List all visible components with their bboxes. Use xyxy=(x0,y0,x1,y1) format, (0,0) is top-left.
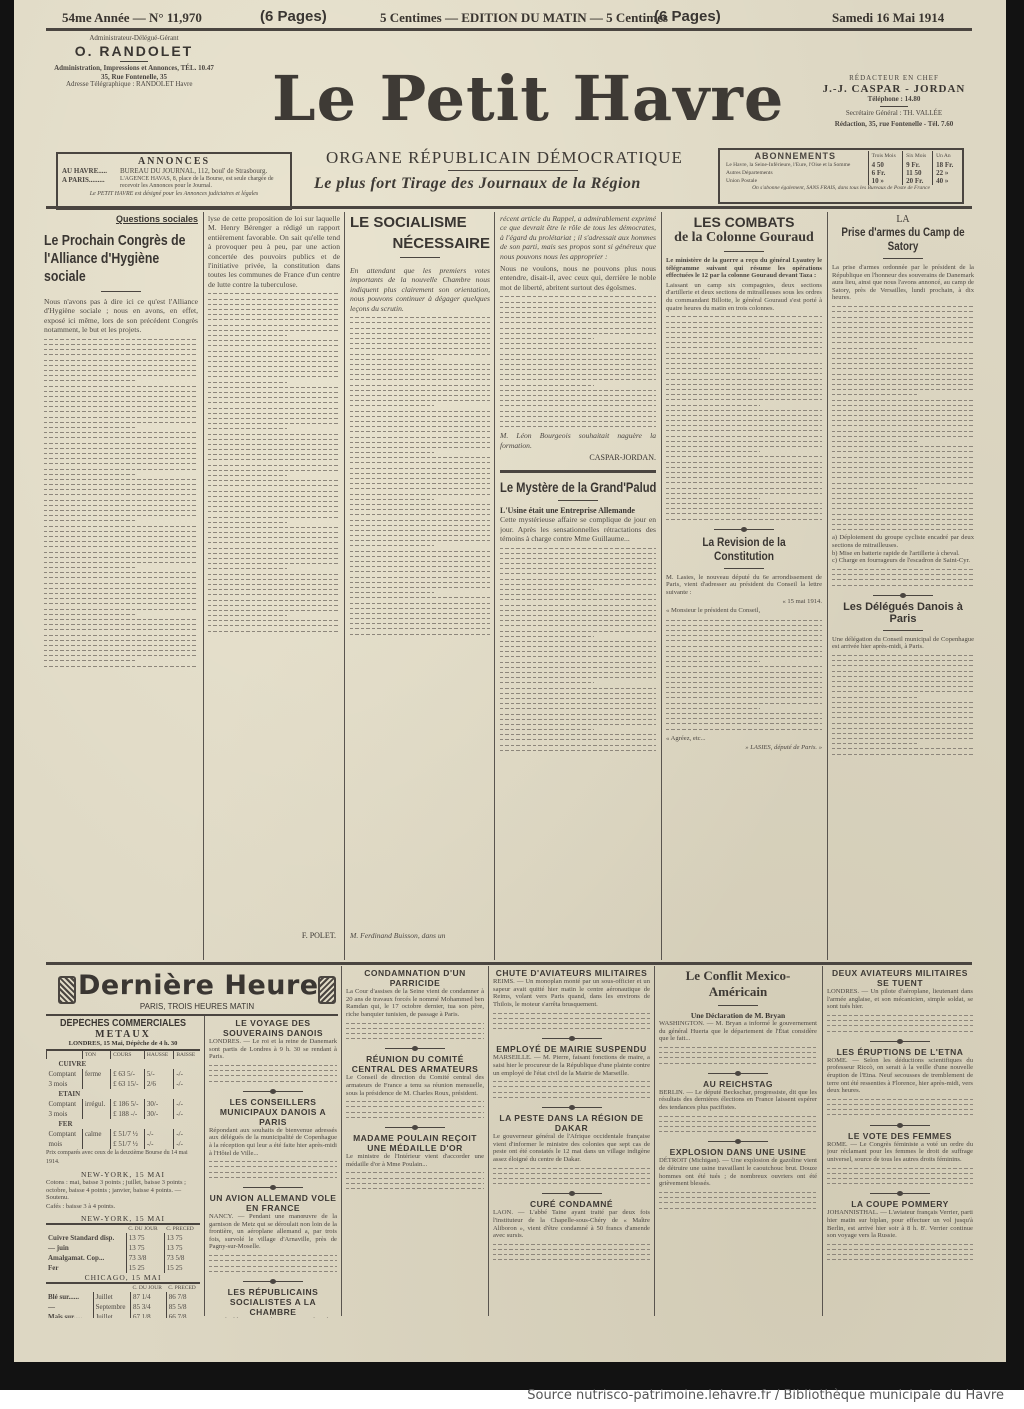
text-line xyxy=(832,420,974,421)
text-line xyxy=(666,472,822,473)
metal-row: mois£ 51/7 ½-/--/- xyxy=(47,1139,201,1149)
text-line xyxy=(44,505,198,506)
text-line xyxy=(44,401,198,402)
text-line xyxy=(44,339,198,340)
text-line xyxy=(500,390,656,391)
telegraph-address: Adresse Télégraphique : RANDOLET Havre xyxy=(66,80,192,89)
text-line xyxy=(44,448,198,449)
text-line xyxy=(659,1126,817,1127)
text-line xyxy=(832,702,974,703)
newyork-cotons: Cotons : mai, baisse 3 points ; juillet,… xyxy=(46,1179,200,1202)
text-line xyxy=(832,717,974,718)
separator-ornament xyxy=(870,1125,930,1126)
text-line xyxy=(493,1028,650,1029)
metaux-title: METAUX xyxy=(46,1029,200,1040)
text-line xyxy=(44,603,198,604)
text-line xyxy=(208,553,340,554)
article-signature: » LASIES, député de Paris. » xyxy=(666,743,822,752)
news-brief: LE VOTE DES FEMMESROME. — Le Congrès fém… xyxy=(827,1131,973,1189)
text-line xyxy=(500,385,594,386)
text-line xyxy=(209,1166,337,1167)
text-line xyxy=(832,660,974,661)
brief-title: LA PESTE DANS LA RÉGION DE DAKAR xyxy=(493,1113,650,1133)
editor-redaction: Rédaction, 35, rue Fontenelle - Tél. 7.6… xyxy=(814,120,974,129)
editor-name: J.-J. CASPAR - JORDAN xyxy=(814,83,974,95)
text-line xyxy=(208,330,340,331)
text-line xyxy=(346,1101,484,1102)
price-edition: 5 Centimes — EDITION DU MATIN — 5 Centim… xyxy=(380,10,668,26)
text-line xyxy=(832,446,974,447)
text-line xyxy=(44,562,198,563)
text-line xyxy=(827,1249,973,1250)
text-line xyxy=(208,542,340,543)
separator-ornament xyxy=(870,1041,930,1042)
news-brief: CURÉ CONDAMNÉLAON. — L'abbé Taine ayant … xyxy=(493,1199,650,1264)
text-line xyxy=(832,686,974,687)
text-line xyxy=(44,655,198,656)
text-line xyxy=(208,351,340,352)
issue-date: Samedi 16 Mai 1914 xyxy=(832,10,944,26)
news-brief: DEUX AVIATEURS MILITAIRES SE TUENTLONDRE… xyxy=(827,968,973,1036)
text-line xyxy=(832,410,974,411)
text-line xyxy=(832,348,917,349)
text-line xyxy=(666,682,822,683)
text-line xyxy=(832,574,974,575)
article-signature: F. POLET. xyxy=(302,931,336,940)
annonces-title: ANNONCES xyxy=(62,156,286,167)
text-line xyxy=(44,546,198,547)
depeches-commerciales: DÉPÊCHES COMMERCIALES METAUX LONDRES, 15… xyxy=(46,1018,200,1318)
text-line xyxy=(832,332,974,333)
text-line xyxy=(350,379,490,380)
text-line xyxy=(500,343,656,344)
text-line xyxy=(666,703,822,704)
news-brief: LES RÉPUBLICAINS SOCIALISTES A LA CHAMBR… xyxy=(209,1287,337,1318)
article-closing: « Agréez, etc... xyxy=(666,734,822,743)
text-line xyxy=(500,369,656,370)
text-line xyxy=(44,593,198,594)
text-line xyxy=(44,598,198,599)
text-line xyxy=(500,682,594,683)
text-line xyxy=(832,379,974,380)
text-line xyxy=(832,691,974,692)
text-line xyxy=(666,415,822,416)
masthead-subtitle: ORGANE RÉPUBLICAIN DÉMOCRATIQUE xyxy=(326,148,683,168)
article-body: lyse de cette proposition de loi sur laq… xyxy=(208,214,340,289)
article-list-item: c) Charge en fourrageurs de l'escadron d… xyxy=(832,557,974,565)
text-line xyxy=(44,572,198,573)
text-line xyxy=(209,1172,337,1173)
text-line xyxy=(832,441,917,442)
article-lead: Le ministère de la guerre a reçu du géné… xyxy=(666,257,822,280)
brief-column-2: CONDAMNATION D'UN PARRICIDELa Cour d'ass… xyxy=(346,968,484,1318)
text-line xyxy=(500,359,656,360)
text-line xyxy=(500,374,656,375)
text-line xyxy=(500,724,656,725)
text-line xyxy=(500,426,656,427)
text-line xyxy=(44,484,198,485)
brief-text: Le Conseil de direction du Comité centra… xyxy=(346,1074,484,1097)
text-line xyxy=(666,625,822,626)
text-line xyxy=(44,531,198,532)
text-line xyxy=(666,322,822,323)
text-line xyxy=(666,342,822,343)
text-line xyxy=(659,1208,817,1209)
text-line xyxy=(350,613,490,614)
text-line xyxy=(832,425,974,426)
text-line xyxy=(350,509,490,510)
text-line xyxy=(44,469,198,470)
separator-ornament xyxy=(870,1193,930,1194)
text-line xyxy=(208,340,340,341)
brief-title: DEUX AVIATEURS MILITAIRES SE TUENT xyxy=(827,968,973,988)
quote-row: Cuivre Standard disp.13 7513 75 xyxy=(46,1233,200,1243)
text-line xyxy=(493,1244,650,1245)
text-line xyxy=(350,618,490,619)
text-line xyxy=(659,1131,817,1132)
text-line xyxy=(44,354,198,355)
text-line xyxy=(208,402,340,403)
text-line xyxy=(44,443,198,444)
news-brief: LA COUPE POMMERYJOHANNISTHAL. — L'aviate… xyxy=(827,1199,973,1264)
text-line xyxy=(832,728,974,729)
text-line xyxy=(350,452,434,453)
text-line xyxy=(208,319,340,320)
brief-title: AU REICHSTAG xyxy=(659,1079,817,1089)
editor-secretary: Secrétaire Général : TH. VALLÉE xyxy=(814,109,974,118)
text-line xyxy=(493,1259,650,1260)
text-line xyxy=(208,491,340,492)
text-line xyxy=(208,506,340,507)
abonnements-note: On s'abonne également, SANS FRAIS, dans … xyxy=(723,185,959,191)
abonnements-title: ABONNEMENTS xyxy=(723,151,868,161)
text-line xyxy=(500,307,656,308)
text-line xyxy=(44,583,198,584)
text-line xyxy=(208,485,340,486)
text-line xyxy=(350,431,490,432)
text-line xyxy=(500,610,656,611)
text-line xyxy=(666,651,822,652)
text-line xyxy=(44,463,198,464)
text-line xyxy=(659,1057,817,1058)
text-line xyxy=(832,519,974,520)
text-line xyxy=(832,384,974,385)
text-line xyxy=(44,650,198,651)
telegraph-ornament-icon xyxy=(58,976,76,1004)
article-socialisme: LE SOCIALISME NÉCESSAIRE En attendant qu… xyxy=(350,214,490,958)
text-line xyxy=(500,646,656,647)
year-number: 54me Année — N° 11,970 xyxy=(62,10,202,26)
text-line xyxy=(346,1117,484,1118)
article-list-item: a) Déploiement du groupe cycliste encadr… xyxy=(832,534,974,549)
text-line xyxy=(832,405,974,406)
brief-text: Répondant aux souhaits de bienvenue adre… xyxy=(209,1127,337,1157)
editor-phone: Téléphone : 14.80 xyxy=(814,95,974,104)
text-line xyxy=(44,432,198,433)
text-line xyxy=(44,396,198,397)
text-line xyxy=(827,1099,973,1100)
text-line xyxy=(832,358,974,359)
text-line xyxy=(44,614,136,615)
text-line xyxy=(832,707,974,708)
text-line xyxy=(208,459,340,460)
text-line xyxy=(350,530,490,531)
text-line xyxy=(827,1114,973,1115)
text-line xyxy=(44,380,136,381)
text-line xyxy=(350,468,490,469)
text-line xyxy=(208,304,340,305)
brief-text: La Cour d'assises de la Seine vient de c… xyxy=(346,988,484,1018)
text-line xyxy=(350,338,490,339)
text-line xyxy=(666,332,822,333)
text-line xyxy=(666,379,822,380)
text-line xyxy=(350,623,490,624)
text-line xyxy=(350,504,490,505)
text-line xyxy=(208,418,340,419)
text-line xyxy=(208,527,340,528)
text-line xyxy=(44,344,198,345)
text-line xyxy=(350,556,490,557)
news-brief: MADAME POULAIN REÇOIT UNE MÉDAILLE D'ORL… xyxy=(346,1133,484,1193)
text-line xyxy=(209,1075,337,1076)
text-line xyxy=(493,1086,650,1087)
text-line xyxy=(500,672,656,673)
separator-ornament xyxy=(385,1048,445,1049)
text-line xyxy=(832,514,974,515)
separator-ornament xyxy=(542,1038,602,1039)
annonces-note: Le PETIT HAVRE est désigné pour les Anno… xyxy=(62,190,286,199)
article-hygiene: Questions sociales Le Prochain Congrès d… xyxy=(44,214,198,958)
text-line xyxy=(208,423,340,424)
text-line xyxy=(44,619,198,620)
text-line xyxy=(44,567,136,568)
text-line xyxy=(350,592,434,593)
text-line xyxy=(666,368,822,369)
article-deck: L'Usine était une Entreprise Allemande xyxy=(500,506,656,515)
text-line xyxy=(832,665,974,666)
text-line xyxy=(832,472,974,473)
text-line xyxy=(666,316,822,317)
article-lead: Nous n'avons pas à dire ici ce qu'est l'… xyxy=(44,297,198,335)
news-brief: LES CONSEILLERS MUNICIPAUX DANOIS A PARI… xyxy=(209,1097,337,1182)
text-line xyxy=(832,342,974,343)
newspaper-page: 54me Année — N° 11,970 (6 Pages) 5 Centi… xyxy=(14,0,1006,1362)
newyork-table: C. DU JOURC. PRECEDCuivre Standard disp.… xyxy=(46,1225,200,1273)
text-line xyxy=(666,425,822,426)
text-line xyxy=(350,462,490,463)
article-title: Les Délégués Danois à Paris xyxy=(832,601,974,625)
newyork-title-2: NEW-YORK, 15 MAI xyxy=(46,1214,200,1225)
text-line xyxy=(208,397,340,398)
text-line xyxy=(500,662,656,663)
text-line xyxy=(666,687,822,688)
text-line xyxy=(832,723,974,724)
text-line xyxy=(500,745,656,746)
article-lead: La prise d'armes ordonnée par le préside… xyxy=(832,264,974,302)
article-kicker: LA xyxy=(832,214,974,225)
text-line xyxy=(500,379,656,380)
brief-text: MARSEILLE. — M. Pierre, faisant fonction… xyxy=(493,1054,650,1077)
text-line xyxy=(500,328,656,329)
brief-title: LES CONSEILLERS MUNICIPAUX DANOIS A PARI… xyxy=(209,1097,337,1127)
text-line xyxy=(827,1104,973,1105)
text-line xyxy=(208,620,340,621)
text-line xyxy=(666,488,822,489)
quote-row: Blé sur......Juillet87 1/486 7/8 xyxy=(46,1292,200,1302)
news-brief: CONDAMNATION D'UN PARRICIDELa Cour d'ass… xyxy=(346,968,484,1043)
text-line xyxy=(350,499,434,500)
brief-column-1: LE VOYAGE DES SOUVERAINS DANOISLONDRES. … xyxy=(209,1018,337,1318)
abonnement-row: Autres Départements6 Fr.11 5022 » xyxy=(723,169,959,177)
masthead-title: Le Petit Havre xyxy=(272,68,784,130)
text-line xyxy=(350,561,490,562)
brief-text: LONDRES. — Un pilote d'aéroplane, lieute… xyxy=(827,988,973,1011)
text-line xyxy=(44,552,198,553)
brief-text: Le ministre de l'Intérieur vient d'accor… xyxy=(346,1153,484,1168)
annonces-box: ANNONCES AU HAVRE..... BUREAU DU JOURNAL… xyxy=(56,152,292,210)
text-line xyxy=(350,421,490,422)
text-line xyxy=(832,353,974,354)
text-line xyxy=(350,608,490,609)
text-line xyxy=(666,493,822,494)
text-line xyxy=(832,337,974,338)
text-line xyxy=(44,474,136,475)
text-line xyxy=(832,743,917,744)
text-line xyxy=(44,411,198,412)
text-line xyxy=(500,636,594,637)
text-line xyxy=(500,333,656,334)
text-line xyxy=(500,296,656,297)
article-title: Le Prochain Congrès de l'Alliance d'Hygi… xyxy=(44,232,196,286)
text-line xyxy=(493,1023,650,1024)
masthead-tagline: Le plus fort Tirage des Journaux de la R… xyxy=(314,175,641,193)
brief-text: JOHANNISTHAL. — L'aviateur français Verr… xyxy=(827,1209,973,1239)
text-line xyxy=(832,327,974,328)
brief-text: WASHINGTON. — M. Bryan a informé le gouv… xyxy=(659,1020,817,1043)
text-line xyxy=(666,373,822,374)
text-line xyxy=(832,671,974,672)
text-line xyxy=(493,1097,650,1098)
brief-text: Les républicains socialistes ont tenu hi… xyxy=(209,1317,337,1318)
text-line xyxy=(209,1065,337,1066)
text-line xyxy=(832,569,974,570)
quote-row: Amalgamat. Cop...73 3/873 5/8 xyxy=(46,1253,200,1263)
text-line xyxy=(500,553,656,554)
text-line xyxy=(208,309,340,310)
text-line xyxy=(832,529,974,530)
metal-row: 3 mois£ 63 15/-2/6-/- xyxy=(47,1079,201,1089)
text-line xyxy=(832,503,974,504)
text-line xyxy=(44,391,198,392)
text-line xyxy=(500,579,656,580)
text-line xyxy=(350,426,490,427)
brief-title: LE VOTE DES FEMMES xyxy=(827,1131,973,1141)
text-line xyxy=(350,577,490,578)
text-line xyxy=(350,328,490,329)
text-line xyxy=(500,651,656,652)
text-line xyxy=(827,1183,973,1184)
text-line xyxy=(44,541,198,542)
text-line xyxy=(44,640,198,641)
text-line xyxy=(346,1106,484,1107)
text-line xyxy=(827,1031,973,1032)
news-brief: Le Conflit Mexico-AméricainUne Déclarati… xyxy=(659,968,817,1068)
text-line xyxy=(832,363,974,364)
text-line xyxy=(659,1063,817,1064)
text-line xyxy=(500,573,656,574)
text-line xyxy=(500,405,656,406)
text-line xyxy=(350,587,490,588)
text-line xyxy=(350,571,490,572)
text-line xyxy=(666,635,822,636)
text-line xyxy=(208,537,340,538)
text-line xyxy=(832,389,974,390)
article-title: LES COMBATS xyxy=(666,214,822,230)
brief-column-5: DEUX AVIATEURS MILITAIRES SE TUENTLONDRE… xyxy=(827,968,973,1318)
text-line xyxy=(500,714,656,715)
text-line xyxy=(500,599,656,600)
text-line xyxy=(350,457,490,458)
text-line xyxy=(832,477,974,478)
text-line xyxy=(500,338,594,339)
news-brief: AU REICHSTAGBERLIN. — Le député Beckscha… xyxy=(659,1079,817,1137)
text-line xyxy=(44,526,198,527)
text-line xyxy=(493,1183,650,1184)
text-line xyxy=(666,446,822,447)
quote-row: Fer15 2515 25 xyxy=(46,1263,200,1273)
brief-title: Le Conflit Mexico-Américain xyxy=(659,968,817,1000)
text-line xyxy=(493,1173,650,1174)
news-brief: LES ÉRUPTIONS DE L'ETNAROME. — Selon les… xyxy=(827,1047,973,1120)
text-line xyxy=(44,536,198,537)
text-line xyxy=(208,428,287,429)
text-line xyxy=(659,1116,817,1117)
text-line xyxy=(209,1260,337,1261)
text-line xyxy=(350,545,434,546)
text-line xyxy=(666,672,822,673)
text-line xyxy=(659,1047,817,1048)
text-line xyxy=(350,416,490,417)
text-line xyxy=(666,723,822,724)
text-line xyxy=(832,498,974,499)
text-line xyxy=(666,420,822,421)
text-line xyxy=(832,317,974,318)
text-line xyxy=(208,574,340,575)
text-line xyxy=(500,656,656,657)
text-line xyxy=(827,1244,973,1245)
derniere-heure-rule xyxy=(46,962,972,965)
text-line xyxy=(493,1254,650,1255)
text-line xyxy=(832,754,974,755)
text-line xyxy=(832,738,974,739)
text-line xyxy=(44,417,198,418)
brief-text: LONDRES. — Le roi et la reine de Danemar… xyxy=(209,1038,337,1061)
text-line xyxy=(350,359,434,360)
text-line xyxy=(832,524,974,525)
text-line xyxy=(44,406,198,407)
text-line xyxy=(666,353,822,354)
abonnement-row: Le Havre, la Seine-Inférieure, l'Eure, l… xyxy=(723,161,959,169)
text-line xyxy=(832,681,974,682)
text-line xyxy=(44,629,198,630)
text-line xyxy=(832,483,974,484)
text-line xyxy=(666,661,760,662)
metaux-table: TONCOURSHAUSSEBAISSECUIVREComptantferme£… xyxy=(46,1049,200,1149)
text-line xyxy=(208,335,287,336)
text-line xyxy=(500,625,656,626)
text-line xyxy=(666,451,760,452)
text-line xyxy=(350,597,490,598)
